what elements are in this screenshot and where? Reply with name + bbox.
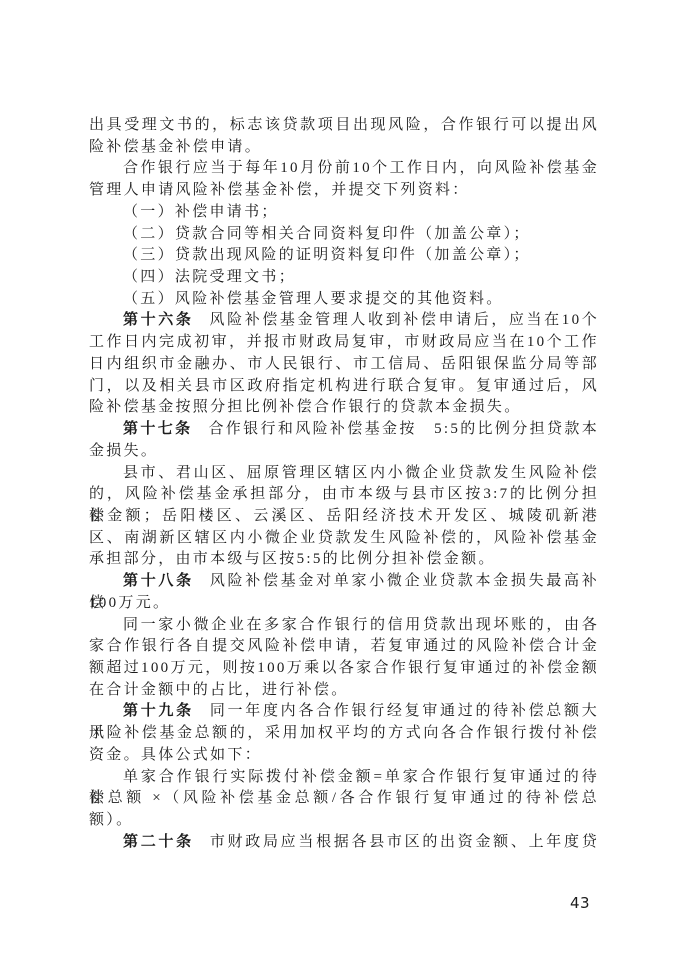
document-body: 出具受理文书的，标志该贷款项目出现风险，合作银行可以提出风险补偿基金补偿申请。合… bbox=[89, 115, 599, 853]
document-line: 金损失。 bbox=[89, 441, 599, 463]
document-line: 第十九条同一年度内各合作银行经复审通过的待补偿总额大于 bbox=[89, 701, 599, 723]
document-line: 第十六条风险补偿基金管理人收到补偿申请后，应当在10个 bbox=[89, 310, 599, 332]
document-line: 出具受理文书的，标志该贷款项目出现风险，合作银行可以提出风 bbox=[89, 115, 599, 137]
document-line: 资金。具体公式如下： bbox=[89, 745, 599, 767]
document-line: 第十七条合作银行和风险补偿基金按 5:5的比例分担贷款本 bbox=[89, 419, 599, 441]
document-line: 同一家小微企业在多家合作银行的信用贷款出现坏账的，由各 bbox=[89, 615, 599, 637]
article-number: 第十九条 bbox=[123, 703, 194, 719]
document-line: 承担部分，由市本级与区按5:5的比例分担补偿金额。 bbox=[89, 549, 599, 571]
document-line: （三）贷款出现风险的证明资料复印件（加盖公章）； bbox=[89, 245, 599, 267]
document-page: 出具受理文书的，标志该贷款项目出现风险，合作银行可以提出风险补偿基金补偿申请。合… bbox=[0, 0, 685, 969]
document-line: （五）风险补偿基金管理人要求提交的其他资料。 bbox=[89, 289, 599, 311]
document-line: 家合作银行各自提交风险补偿申请，若复审通过的风险补偿合计金 bbox=[89, 636, 599, 658]
article-number: 第十六条 bbox=[123, 312, 193, 328]
document-line: （四）法院受理文书； bbox=[89, 267, 599, 289]
document-line: 第二十条市财政局应当根据各县市区的出资金额、上年度贷 bbox=[89, 832, 599, 854]
document-line: 100万元。 bbox=[89, 593, 599, 615]
document-line: 工作日内完成初审，并报市财政局复审，市财政局应当在10个工作 bbox=[89, 332, 599, 354]
article-number: 第二十条 bbox=[123, 834, 194, 850]
document-line: 偿总额 ×（风险补偿基金总额/各合作银行复审通过的待补偿总 bbox=[89, 788, 599, 810]
document-line: 偿金额；岳阳楼区、云溪区、岳阳经济技术开发区、城陵矶新港 bbox=[89, 506, 599, 528]
document-line: 日内组织市金融办、市人民银行、市工信局、岳阳银保监分局等部 bbox=[89, 354, 599, 376]
document-line: 第十八条风险补偿基金对单家小微企业贷款本金损失最高补偿 bbox=[89, 571, 599, 593]
article-number: 第十七条 bbox=[123, 421, 192, 437]
document-line: （二）贷款合同等相关合同资料复印件（加盖公章）； bbox=[89, 224, 599, 246]
document-line: （一）补偿申请书； bbox=[89, 202, 599, 224]
document-line: 额超过100万元，则按100万乘以各家合作银行复审通过的补偿金额 bbox=[89, 658, 599, 680]
document-line: 险补偿基金按照分担比例补偿合作银行的贷款本金损失。 bbox=[89, 397, 599, 419]
page-number: 43 bbox=[570, 894, 590, 912]
document-line: 门，以及相关县市区政府指定机构进行联合复审。复审通过后，风 bbox=[89, 376, 599, 398]
document-line: 风险补偿基金总额的，采用加权平均的方式向各合作银行拨付补偿 bbox=[89, 723, 599, 745]
document-line: 县市、君山区、屈原管理区辖区内小微企业贷款发生风险补偿 bbox=[89, 463, 599, 485]
article-number: 第十八条 bbox=[123, 573, 194, 589]
document-line: 管理人申请风险补偿基金补偿，并提交下列资料： bbox=[89, 180, 599, 202]
document-line: 单家合作银行实际拨付补偿金额=单家合作银行复审通过的待补 bbox=[89, 767, 599, 789]
document-line: 合作银行应当于每年10月份前10个工作日内，向风险补偿基金 bbox=[89, 158, 599, 180]
document-line: 区、南湖新区辖区内小微企业贷款发生风险补偿的，风险补偿基金 bbox=[89, 528, 599, 550]
document-line: 在合计金额中的占比，进行补偿。 bbox=[89, 680, 599, 702]
document-line: 险补偿基金补偿申请。 bbox=[89, 137, 599, 159]
document-line: 的，风险补偿基金承担部分，由市本级与县市区按3:7的比例分担补 bbox=[89, 484, 599, 506]
document-line: 额）。 bbox=[89, 810, 599, 832]
